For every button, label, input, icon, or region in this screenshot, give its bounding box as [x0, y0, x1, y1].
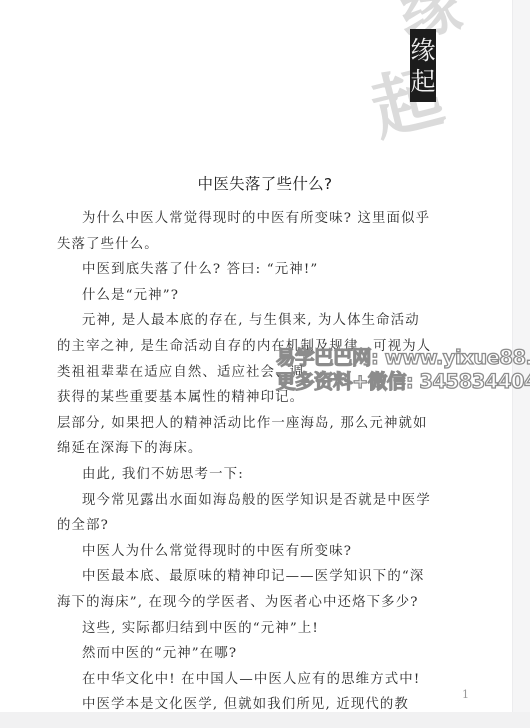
text-line: 由此, 我们不妨思考一下:: [57, 462, 395, 488]
page-number: 1: [462, 688, 469, 701]
text-line: 然而中医的“元神”在哪?: [57, 641, 395, 667]
text-line: 元神, 是人最本底的存在, 与生俱来, 为人体生命活动: [57, 308, 395, 334]
text-line: 中医到底失落了什么? 答曰: “元神!”: [57, 257, 395, 283]
text-line: 在中华文化中! 在中国人—中医人应有的思维方式中!: [57, 667, 395, 693]
calligraphy-ghost-char-2: 起: [365, 61, 450, 146]
text-line: 中医最本底、最原味的精神印记——医学知识下的“深: [57, 564, 395, 590]
viewer-bottom-margin: [0, 712, 530, 728]
chapter-badge-char-1: 缘: [410, 35, 435, 66]
text-line: 现今常见露出水面如海岛般的医学知识是否就是中医学: [57, 488, 395, 514]
text-line: 为什么中医人常觉得现时的中医有所变味? 这里面似乎: [57, 206, 395, 232]
text-line: 什么是“元神”?: [57, 283, 395, 309]
section-heading: 中医失落了些什么?: [0, 172, 530, 194]
text-line: 层部分, 如果把人的精神活动比作一座海岛, 那么元神就如: [57, 411, 395, 437]
text-line: 的全部?: [57, 513, 395, 539]
text-line: 中医人为什么常觉得现时的中医有所变味?: [57, 539, 395, 565]
chapter-badge: 缘 起: [410, 29, 436, 102]
watermark-contact: 更多资料+微信: 3458344044: [276, 366, 530, 394]
text-line: 失落了些什么。: [57, 232, 395, 258]
body-text: 为什么中医人常觉得现时的中医有所变味? 这里面似乎 失落了些什么。 中医到底失落…: [57, 206, 395, 718]
chapter-badge-char-2: 起: [410, 66, 435, 97]
text-line: 海下的海床”, 在现今的学医者、为医者心中还烙下多少?: [57, 590, 395, 616]
text-line: 这些, 实际都归结到中医的“元神”上!: [57, 616, 395, 642]
text-line: 绵延在深海下的海床。: [57, 436, 395, 462]
